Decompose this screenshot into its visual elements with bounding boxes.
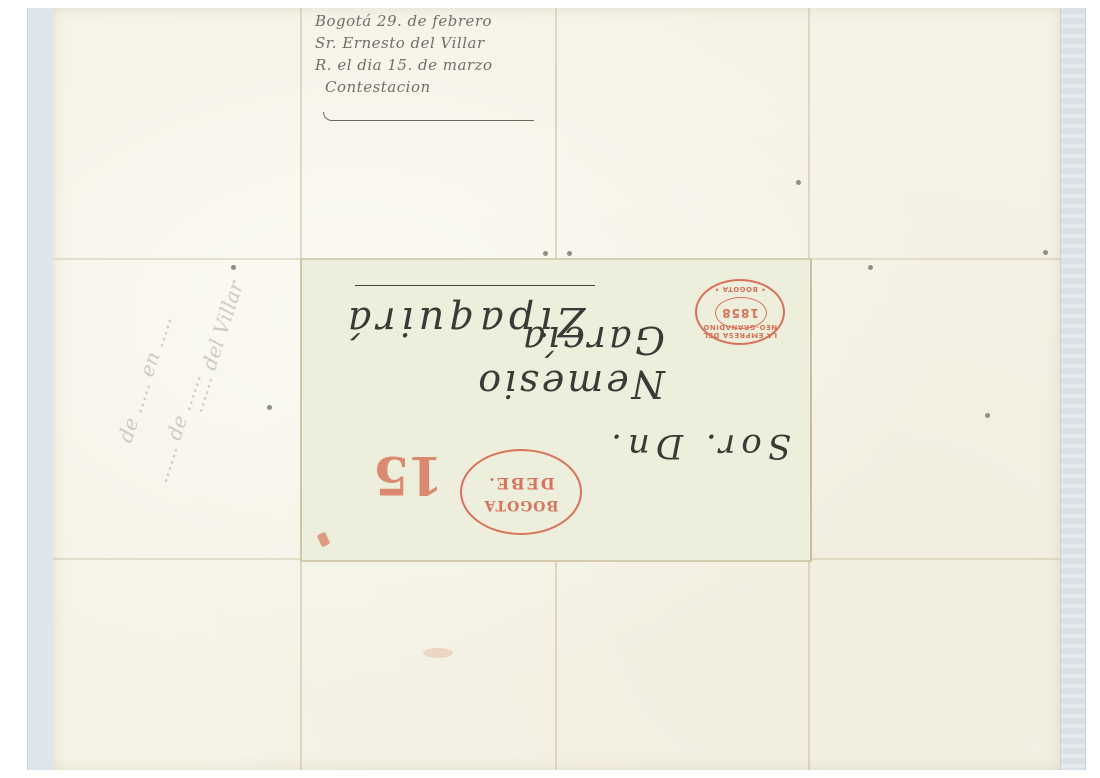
pin-hole: [868, 265, 873, 270]
address-underline: [355, 285, 595, 286]
docket-line-reply: Contestacion: [315, 76, 565, 98]
docket-flourish: [323, 112, 534, 121]
bogota-debe-handstamp: BOGOTA DEBE.: [460, 449, 582, 535]
pin-hole: [985, 413, 990, 418]
pin-hole: [543, 251, 548, 256]
pin-hole: [231, 265, 236, 270]
letter-sheet: de ..... en ..... ...... de ...... .....…: [53, 8, 1060, 770]
docket-note: Bogotá 29. de febrero Sr. Ernesto del Vi…: [315, 10, 565, 121]
mount-strip-left: [27, 8, 54, 770]
pin-hole: [567, 251, 572, 256]
pin-hole: [1043, 250, 1048, 255]
pin-hole: [796, 180, 801, 185]
docket-line-received: R. el dia 15. de marzo: [315, 54, 565, 76]
address-salutation: Sor. Dn.: [605, 426, 791, 466]
docket-line-sender: Sr. Ernesto del Villar: [315, 32, 565, 54]
company-handstamp: LA EMPRESA DEL NEO-GRANADINO 1858 • BOGO…: [695, 279, 785, 345]
stamp-ring-text: • BOGOTA •: [697, 285, 783, 293]
stamp-line-city: BOGOTA: [462, 497, 580, 513]
docket-line-date: Bogotá 29. de febrero: [315, 10, 565, 32]
pin-hole: [267, 405, 272, 410]
mount-strip-right: [1060, 8, 1086, 770]
stamp-line-status: DEBE.: [462, 474, 580, 493]
stamp-center-text: 1858: [697, 306, 783, 320]
red-ink-smudge: [423, 648, 453, 658]
bleed-through-text: ...... del Villar: [183, 278, 248, 415]
rate-marking: 15: [375, 444, 443, 505]
address-place: Zipaquirá: [343, 298, 585, 344]
